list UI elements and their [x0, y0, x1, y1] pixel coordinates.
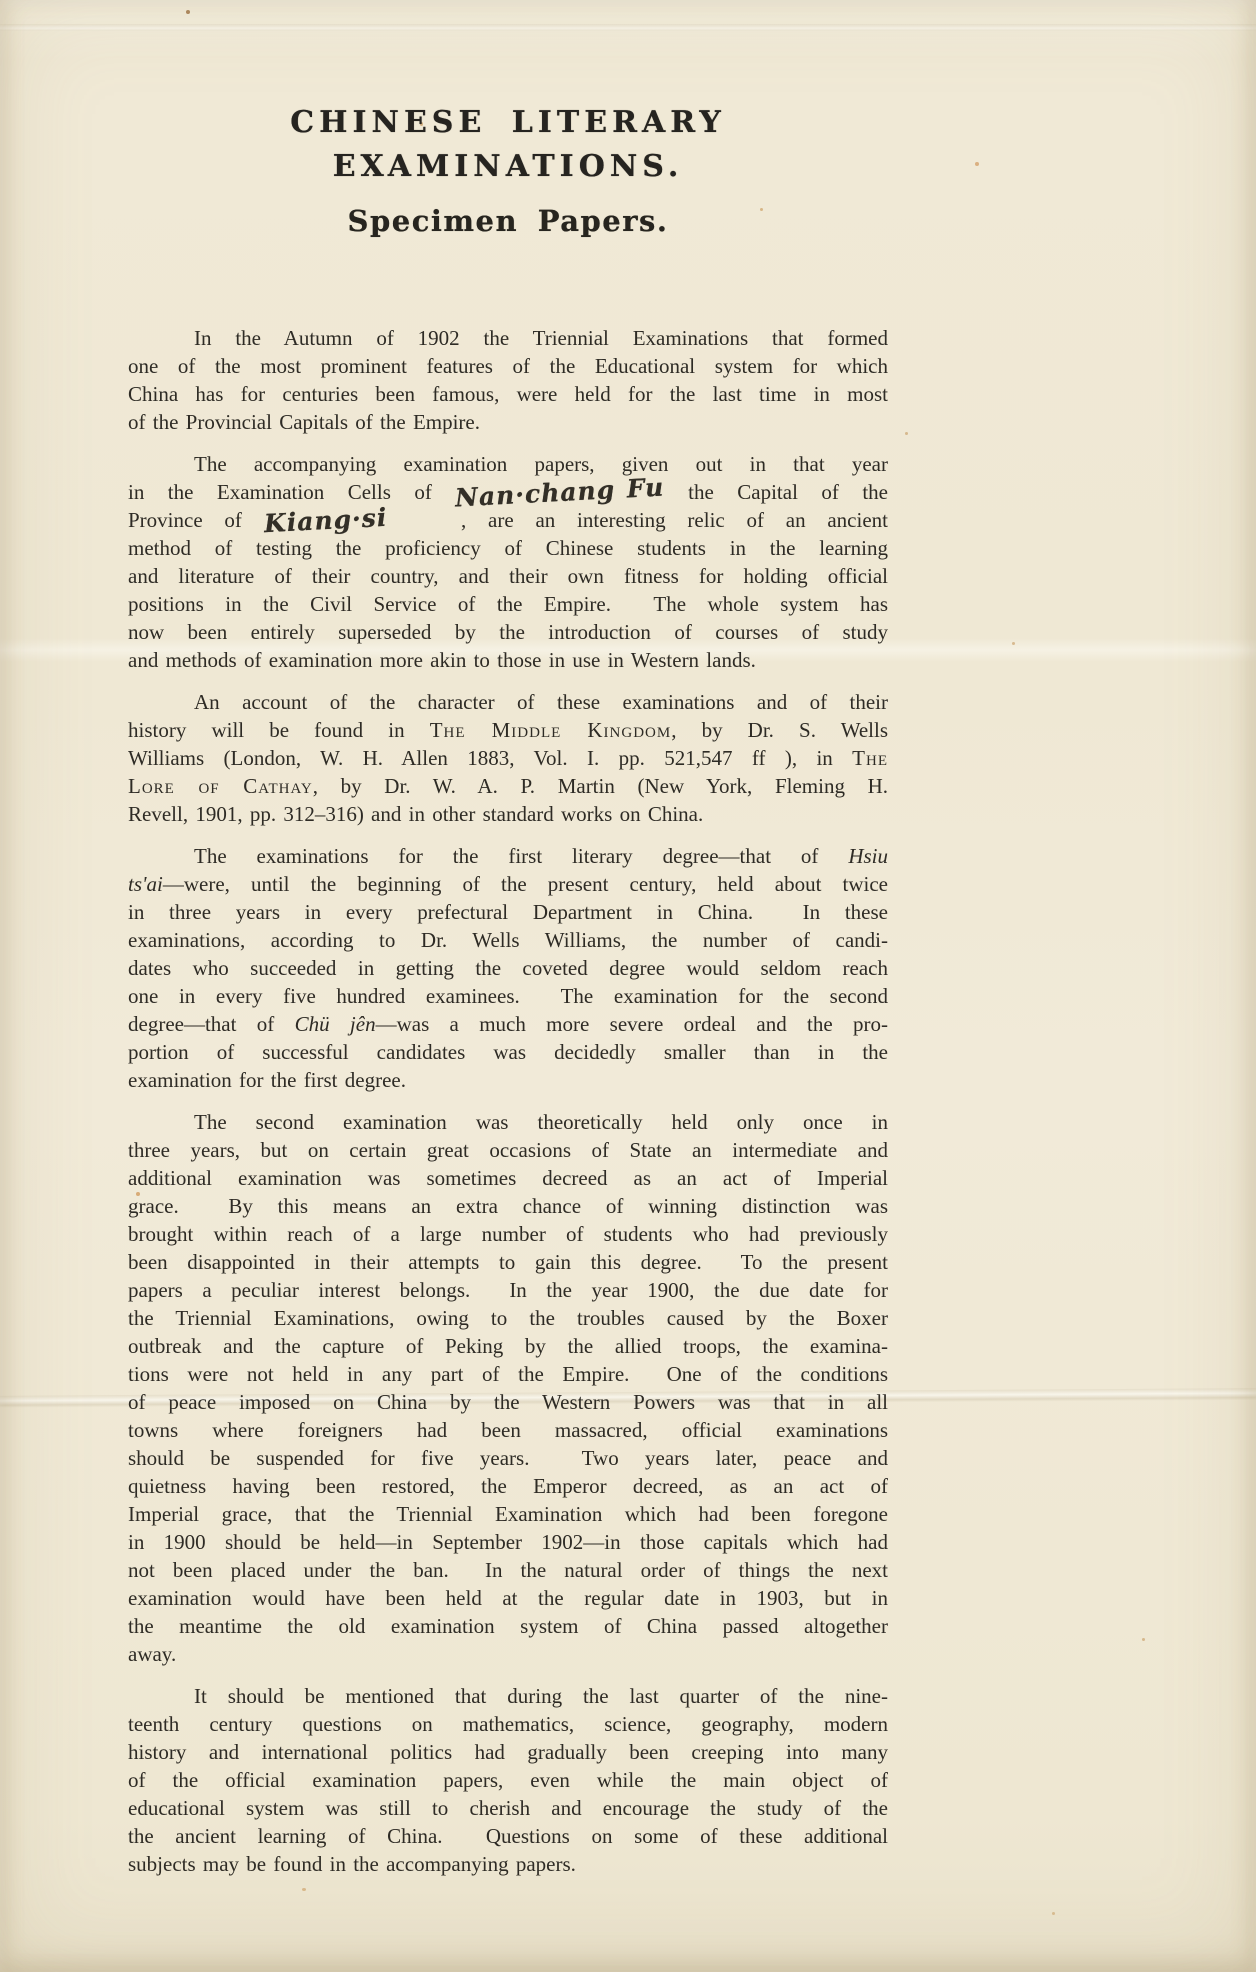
text-line: away. — [128, 1640, 888, 1668]
printed-text: Province of — [128, 508, 264, 532]
printed-text: the Capital of the — [665, 480, 888, 504]
printed-text: degree—that of — [128, 1012, 295, 1036]
text-line: dates who succeeded in getting the covet… — [128, 954, 888, 982]
printed-text: dates who succeeded in getting the covet… — [128, 956, 888, 980]
printed-text: three years, but on certain great occasi… — [128, 1138, 888, 1162]
printed-text: An account of the character of these exa… — [194, 690, 888, 714]
foxing-spot — [905, 432, 908, 435]
printed-text: China has for centuries been famous, wer… — [128, 382, 888, 406]
text-line: Province of Kiang·si, are an interesting… — [128, 506, 888, 534]
foxing-spot — [1012, 642, 1015, 645]
text-line: and literature of their country, and the… — [128, 562, 888, 590]
text-line: should be suspended for five years. Two … — [128, 1444, 888, 1472]
printed-text: the ancient learning of China. Questions… — [128, 1824, 888, 1848]
printed-text: one in every five hundred examinees. The… — [128, 984, 888, 1008]
text-line: the ancient learning of China. Questions… — [128, 1822, 888, 1850]
printed-text: Lore of Cathay — [128, 774, 313, 798]
text-line: The accompanying examination papers, giv… — [128, 450, 888, 478]
text-line: one of the most prominent features of th… — [128, 352, 888, 380]
printed-text: quietness having been restored, the Empe… — [128, 1474, 888, 1498]
text-line: papers a peculiar interest belongs. In t… — [128, 1276, 888, 1304]
printed-text: It should be mentioned that during the l… — [194, 1684, 888, 1708]
text-line: in three years in every prefectural Depa… — [128, 898, 888, 926]
text-line: outbreak and the capture of Peking by th… — [128, 1332, 888, 1360]
text-line: The second examination was theoretically… — [128, 1108, 888, 1136]
text-line: positions in the Civil Service of the Em… — [128, 590, 888, 618]
printed-text: and methods of examination more akin to … — [128, 648, 756, 672]
text-line: educational system was still to cherish … — [128, 1794, 888, 1822]
text-line: examinations, according to Dr. Wells Wil… — [128, 926, 888, 954]
text-line: portion of successful candidates was dec… — [128, 1038, 888, 1066]
text-line: not been placed under the ban. In the na… — [128, 1556, 888, 1584]
text-line: Imperial grace, that the Triennial Exami… — [128, 1500, 888, 1528]
paragraph: The accompanying examination papers, giv… — [128, 450, 888, 674]
printed-text: The second examination was theoretically… — [194, 1110, 888, 1134]
printed-text: examination for the first degree. — [128, 1068, 406, 1092]
text-line: ts'ai—were, until the beginning of the p… — [128, 870, 888, 898]
text-line: additional examination was sometimes dec… — [128, 1164, 888, 1192]
printed-text: subjects may be found in the accompanyin… — [128, 1852, 576, 1876]
printed-text: educational system was still to cherish … — [128, 1796, 888, 1820]
text-line: quietness having been restored, the Empe… — [128, 1472, 888, 1500]
printed-text: been disappointed in their attempts to g… — [128, 1250, 888, 1274]
text-line: degree—that of Chü jên—was a much more s… — [128, 1010, 888, 1038]
printed-text: outbreak and the capture of Peking by th… — [128, 1334, 888, 1358]
text-line: tions were not held in any part of the E… — [128, 1360, 888, 1388]
printed-text: papers a peculiar interest belongs. In t… — [128, 1278, 888, 1302]
text-line: history will be found in The Middle King… — [128, 716, 888, 744]
printed-text: , are an interesting relic of an ancient — [461, 508, 888, 532]
text-line: Lore of Cathay, by Dr. W. A. P. Martin (… — [128, 772, 888, 800]
printed-text: not been placed under the ban. In the na… — [128, 1558, 888, 1582]
printed-text: additional examination was sometimes dec… — [128, 1166, 888, 1190]
printed-text: away. — [128, 1642, 176, 1666]
printed-text: —were, until the beginning of the presen… — [163, 872, 888, 896]
printed-text: one of the most prominent features of th… — [128, 354, 888, 378]
printed-text: , by Dr. W. A. P. Martin (New York, Flem… — [313, 774, 888, 798]
printed-text: the meantime the old examination system … — [128, 1614, 888, 1638]
printed-text: The examinations for the first literary … — [194, 844, 848, 868]
printed-text: now been entirely superseded by the intr… — [128, 620, 888, 644]
text-line: In the Autumn of 1902 the Triennial Exam… — [128, 324, 888, 352]
text-line: and methods of examination more akin to … — [128, 646, 888, 674]
text-line: been disappointed in their attempts to g… — [128, 1248, 888, 1276]
paragraph: It should be mentioned that during the l… — [128, 1682, 888, 1878]
printed-text: positions in the Civil Service of the Em… — [128, 592, 888, 616]
foxing-spot — [1052, 1912, 1055, 1915]
paragraph: An account of the character of these exa… — [128, 688, 888, 828]
paragraph: In the Autumn of 1902 the Triennial Exam… — [128, 324, 888, 436]
text-line: Revell, 1901, pp. 312–316) and in other … — [128, 800, 888, 828]
printed-text: of peace imposed on China by the Western… — [128, 1390, 888, 1414]
printed-text: portion of successful candidates was dec… — [128, 1040, 888, 1064]
document-title: CHINESE LITERARY EXAMINATIONS. — [128, 101, 888, 189]
text-line: one in every five hundred examinees. The… — [128, 982, 888, 1010]
text-line: of peace imposed on China by the Western… — [128, 1388, 888, 1416]
foxing-spot — [1142, 1638, 1145, 1641]
text-line: Williams (London, W. H. Allen 1883, Vol.… — [128, 744, 888, 772]
printed-text: method of testing the proficiency of Chi… — [128, 536, 888, 560]
printed-text: The Middle Kingdom — [430, 718, 672, 742]
printed-text: In the Autumn of 1902 the Triennial Exam… — [194, 326, 888, 350]
printed-text: Hsiu — [848, 844, 888, 868]
document-subtitle: Specimen Papers. — [128, 202, 888, 240]
printed-text: The — [852, 746, 888, 770]
printed-text: in three years in every prefectural Depa… — [128, 900, 888, 924]
text-line: method of testing the proficiency of Chi… — [128, 534, 888, 562]
text-line: examination for the first degree. — [128, 1066, 888, 1094]
text-line: It should be mentioned that during the l… — [128, 1682, 888, 1710]
printed-text: should be suspended for five years. Two … — [128, 1446, 888, 1470]
foxing-spot — [975, 162, 979, 166]
printed-text: The accompanying examination papers, giv… — [194, 452, 888, 476]
printed-text: examinations, according to Dr. Wells Wil… — [128, 928, 888, 952]
text-line: in the Examination Cells of Nan·chang Fu… — [128, 478, 888, 506]
printed-text: the Triennial Examinations, owing to the… — [128, 1306, 888, 1330]
document-body: In the Autumn of 1902 the Triennial Exam… — [128, 324, 888, 1878]
text-line: the meantime the old examination system … — [128, 1612, 888, 1640]
text-line: An account of the character of these exa… — [128, 688, 888, 716]
printed-text: history and international politics had g… — [128, 1740, 888, 1764]
text-line: now been entirely superseded by the intr… — [128, 618, 888, 646]
printed-text: towns where foreigners had been massacre… — [128, 1418, 888, 1442]
printed-text: Williams (London, W. H. Allen 1883, Vol.… — [128, 746, 852, 770]
text-line: grace. By this means an extra chance of … — [128, 1192, 888, 1220]
text-line: three years, but on certain great occasi… — [128, 1136, 888, 1164]
printed-text: and literature of their country, and the… — [128, 564, 888, 588]
printed-text: of the Provincial Capitals of the Empire… — [128, 410, 480, 434]
text-line: of the official examination papers, even… — [128, 1766, 888, 1794]
printed-text: of the official examination papers, even… — [128, 1768, 888, 1792]
printed-text: Imperial grace, that the Triennial Exami… — [128, 1502, 888, 1526]
text-line: towns where foreigners had been massacre… — [128, 1416, 888, 1444]
printed-text: tions were not held in any part of the E… — [128, 1362, 888, 1386]
text-line: China has for centuries been famous, wer… — [128, 380, 888, 408]
printed-text: in 1900 should be held—in September 1902… — [128, 1530, 888, 1554]
text-line: examination would have been held at the … — [128, 1584, 888, 1612]
printed-text: ts'ai — [128, 872, 163, 896]
text-line: of the Provincial Capitals of the Empire… — [128, 408, 888, 436]
text-line: in 1900 should be held—in September 1902… — [128, 1528, 888, 1556]
document-text-block: CHINESE LITERARY EXAMINATIONS. Specimen … — [128, 0, 888, 1892]
printed-text: brought within reach of a large number o… — [128, 1222, 888, 1246]
text-line: the Triennial Examinations, owing to the… — [128, 1304, 888, 1332]
text-line: brought within reach of a large number o… — [128, 1220, 888, 1248]
paragraph: The examinations for the first literary … — [128, 842, 888, 1094]
printed-text: —was a much more severe ordeal and the p… — [376, 1012, 888, 1036]
text-line: history and international politics had g… — [128, 1738, 888, 1766]
text-line: teenth century questions on mathematics,… — [128, 1710, 888, 1738]
printed-text: in the Examination Cells of — [128, 480, 455, 504]
text-line: The examinations for the first literary … — [128, 842, 888, 870]
printed-text: , by Dr. S. Wells — [671, 718, 888, 742]
printed-text: Chü jên — [295, 1012, 376, 1036]
scanned-document-page: CHINESE LITERARY EXAMINATIONS. Specimen … — [0, 0, 1256, 1972]
printed-text: grace. By this means an extra chance of … — [128, 1194, 888, 1218]
text-line: subjects may be found in the accompanyin… — [128, 1850, 888, 1878]
printed-text: history will be found in — [128, 718, 430, 742]
printed-text: examination would have been held at the … — [128, 1586, 888, 1610]
printed-text: teenth century questions on mathematics,… — [128, 1712, 888, 1736]
paragraph: The second examination was theoretically… — [128, 1108, 888, 1668]
printed-text: Revell, 1901, pp. 312–316) and in other … — [128, 802, 703, 826]
